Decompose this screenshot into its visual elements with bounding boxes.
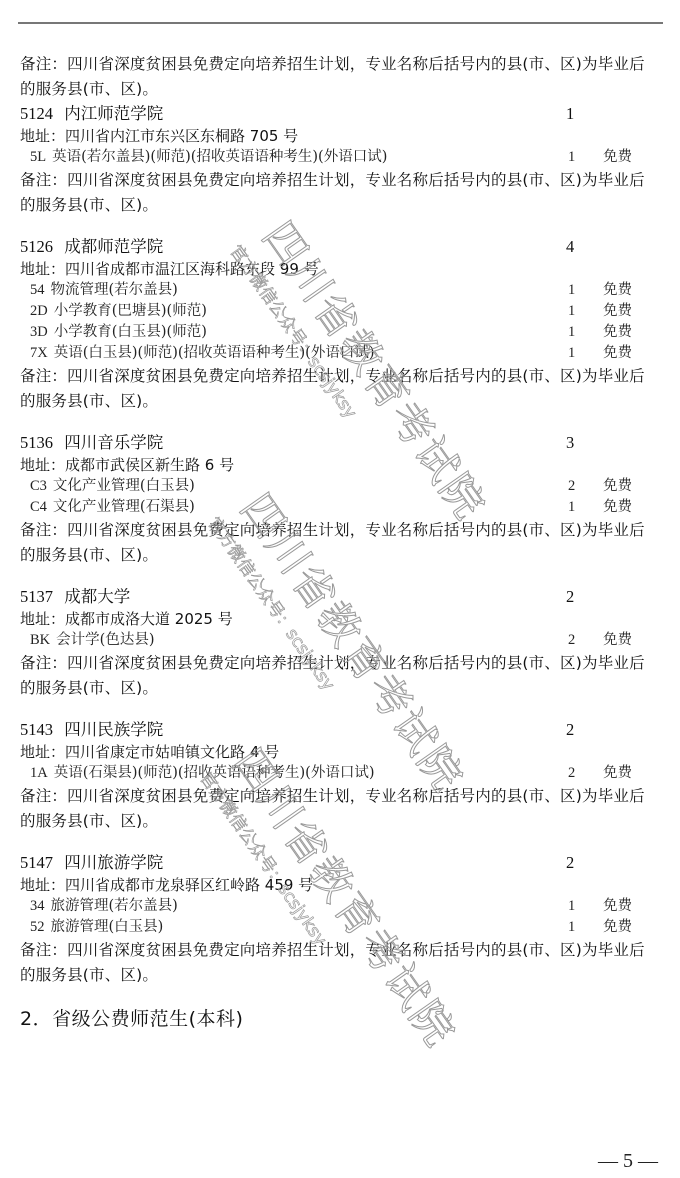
school-code: 5147 xyxy=(20,853,53,872)
school-name: 成都大学 xyxy=(64,587,130,606)
school-name: 四川音乐学院 xyxy=(64,433,163,452)
major-row: 2D小学教育(巴塘县)(师范) 1 免费 xyxy=(20,301,664,322)
major-name: 小学教育(巴塘县)(师范) xyxy=(54,303,207,319)
major-code: C3 xyxy=(30,478,47,494)
school-heading: 5137 成都大学 2 xyxy=(20,585,664,609)
school-count: 2 xyxy=(566,851,574,875)
school-code: 5124 xyxy=(20,104,53,123)
school-heading: 5126 成都师范学院 4 xyxy=(20,235,664,259)
major-fee: 免费 xyxy=(603,917,632,938)
note-line: 的服务县(市、区)。 xyxy=(20,543,664,568)
school-address: 地址：四川省成都市龙泉驿区红岭路 459 号 xyxy=(20,875,664,896)
major-row: 52旅游管理(白玉县) 1 免费 xyxy=(20,917,664,938)
major-fee: 免费 xyxy=(603,497,632,518)
school-count: 2 xyxy=(566,718,574,742)
major-count: 2 xyxy=(568,476,575,497)
major-fee: 免费 xyxy=(603,476,632,497)
major-row: 5L英语(若尔盖县)(师范)(招收英语语种考生)(外语口试) 1 免费 xyxy=(20,147,664,168)
section-title: 2．省级公费师范生(本科) xyxy=(20,1004,664,1031)
school-count: 3 xyxy=(566,431,574,455)
note-line: 的服务县(市、区)。 xyxy=(20,193,664,218)
major-count: 1 xyxy=(568,896,575,917)
major-row: 54物流管理(若尔盖县) 1 免费 xyxy=(20,280,664,301)
major-code: 52 xyxy=(30,919,45,935)
header-rule xyxy=(18,22,663,24)
major-code: BK xyxy=(30,632,50,648)
note-line: 备注：四川省深度贫困县免费定向培养招生计划，专业名称后括号内的县(市、区)为毕业… xyxy=(20,938,664,963)
school-code: 5126 xyxy=(20,237,53,256)
major-count: 1 xyxy=(568,343,575,364)
note-line: 备注：四川省深度贫困县免费定向培养招生计划，专业名称后括号内的县(市、区)为毕业… xyxy=(20,784,664,809)
major-name: 物流管理(若尔盖县) xyxy=(51,282,178,298)
school-code: 5136 xyxy=(20,433,53,452)
note-line: 的服务县(市、区)。 xyxy=(20,809,664,834)
major-name: 旅游管理(若尔盖县) xyxy=(51,898,178,914)
major-fee: 免费 xyxy=(603,896,632,917)
major-fee: 免费 xyxy=(603,322,632,343)
major-code: 5L xyxy=(30,149,46,165)
major-name: 旅游管理(白玉县) xyxy=(51,919,164,935)
major-row: 34旅游管理(若尔盖县) 1 免费 xyxy=(20,896,664,917)
note-line: 备注：四川省深度贫困县免费定向培养招生计划，专业名称后括号内的县(市、区)为毕业… xyxy=(20,168,664,193)
note-line: 的服务县(市、区)。 xyxy=(20,963,664,988)
major-name: 英语(若尔盖县)(师范)(招收英语语种考生)(外语口试) xyxy=(52,149,387,165)
major-code: 54 xyxy=(30,282,45,298)
school-count: 4 xyxy=(566,235,574,259)
school-count: 2 xyxy=(566,585,574,609)
note-line: 的服务县(市、区)。 xyxy=(20,389,664,414)
school-address: 地址：成都市武侯区新生路 6 号 xyxy=(20,455,664,476)
major-name: 会计学(色达县) xyxy=(56,632,154,648)
major-count: 2 xyxy=(568,763,575,784)
note-line: 备注：四川省深度贫困县免费定向培养招生计划，专业名称后括号内的县(市、区)为毕业… xyxy=(20,364,664,389)
major-code: 7X xyxy=(30,345,48,361)
document-body: 备注：四川省深度贫困县免费定向培养招生计划，专业名称后括号内的县(市、区)为毕业… xyxy=(20,52,664,1031)
school-address: 地址：四川省康定市姑咱镇文化路 4 号 xyxy=(20,742,664,763)
school-name: 成都师范学院 xyxy=(64,237,163,256)
major-count: 1 xyxy=(568,301,575,322)
page-number: — 5 — xyxy=(598,1150,658,1173)
major-row: 7X英语(白玉县)(师范)(招收英语语种考生)(外语口试) 1 免费 xyxy=(20,343,664,364)
major-count: 2 xyxy=(568,630,575,651)
major-code: C4 xyxy=(30,499,47,515)
major-name: 文化产业管理(白玉县) xyxy=(53,478,195,494)
note-line: 备注：四川省深度贫困县免费定向培养招生计划，专业名称后括号内的县(市、区)为毕业… xyxy=(20,518,664,543)
major-row: C3文化产业管理(白玉县) 2 免费 xyxy=(20,476,664,497)
note-line: 备注：四川省深度贫困县免费定向培养招生计划，专业名称后括号内的县(市、区)为毕业… xyxy=(20,52,664,77)
school-address: 地址：成都市成洛大道 2025 号 xyxy=(20,609,664,630)
note-line: 的服务县(市、区)。 xyxy=(20,676,664,701)
major-row: 3D小学教育(白玉县)(师范) 1 免费 xyxy=(20,322,664,343)
major-code: 1A xyxy=(30,765,48,781)
major-code: 34 xyxy=(30,898,45,914)
school-name: 四川民族学院 xyxy=(64,720,163,739)
major-fee: 免费 xyxy=(603,343,632,364)
major-name: 文化产业管理(石渠县) xyxy=(53,499,195,515)
school-heading: 5136 四川音乐学院 3 xyxy=(20,431,664,455)
major-code: 3D xyxy=(30,324,48,340)
major-fee: 免费 xyxy=(603,147,632,168)
major-code: 2D xyxy=(30,303,48,319)
school-code: 5143 xyxy=(20,720,53,739)
major-count: 1 xyxy=(568,322,575,343)
major-name: 小学教育(白玉县)(师范) xyxy=(54,324,207,340)
note-line: 备注：四川省深度贫困县免费定向培养招生计划，专业名称后括号内的县(市、区)为毕业… xyxy=(20,651,664,676)
school-name: 四川旅游学院 xyxy=(64,853,163,872)
major-count: 1 xyxy=(568,497,575,518)
major-fee: 免费 xyxy=(603,301,632,322)
major-name: 英语(石渠县)(师范)(招收英语语种考生)(外语口试) xyxy=(54,765,375,781)
school-code: 5137 xyxy=(20,587,53,606)
major-row: BK会计学(色达县) 2 免费 xyxy=(20,630,664,651)
note-line: 的服务县(市、区)。 xyxy=(20,77,664,102)
major-fee: 免费 xyxy=(603,280,632,301)
major-count: 1 xyxy=(568,917,575,938)
school-name: 内江师范学院 xyxy=(64,104,163,123)
school-address: 地址：四川省内江市东兴区东桐路 705 号 xyxy=(20,126,664,147)
major-row: C4文化产业管理(石渠县) 1 免费 xyxy=(20,497,664,518)
school-address: 地址：四川省成都市温江区海科路东段 99 号 xyxy=(20,259,664,280)
major-count: 1 xyxy=(568,280,575,301)
major-fee: 免费 xyxy=(603,763,632,784)
school-count: 1 xyxy=(566,102,574,126)
major-fee: 免费 xyxy=(603,630,632,651)
major-row: 1A英语(石渠县)(师范)(招收英语语种考生)(外语口试) 2 免费 xyxy=(20,763,664,784)
school-heading: 5147 四川旅游学院 2 xyxy=(20,851,664,875)
major-count: 1 xyxy=(568,147,575,168)
school-heading: 5143 四川民族学院 2 xyxy=(20,718,664,742)
school-heading: 5124 内江师范学院 1 xyxy=(20,102,664,126)
major-name: 英语(白玉县)(师范)(招收英语语种考生)(外语口试) xyxy=(54,345,375,361)
